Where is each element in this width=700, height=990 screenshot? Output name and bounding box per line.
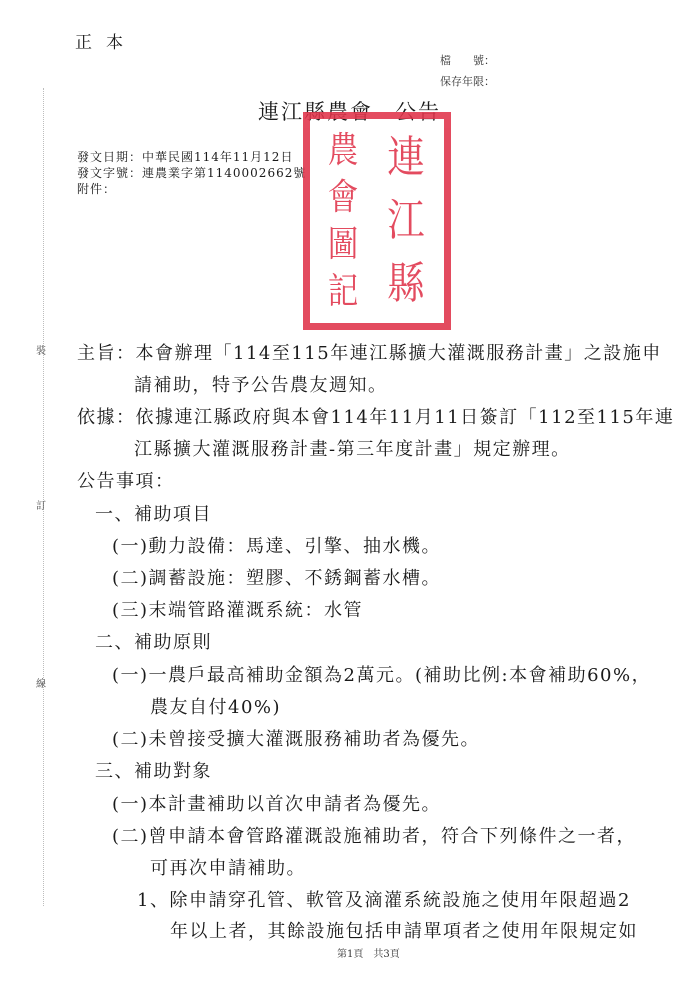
seal-char: 記: [328, 274, 359, 310]
section-2-item: (一)一農戶最高補助金額為2萬元。(補助比例:本會補助60%，: [112, 667, 651, 685]
section-2-title: 二、補助原則: [95, 634, 212, 652]
section-2-item: (二)未曾接受擴大灌溉服務補助者為優先。: [112, 731, 480, 749]
section-3-item: (二)曾申請本會管路灌溉設施補助者，符合下列條件之一者，: [112, 828, 636, 846]
section-1-item: (二)調蓄設施：塑膠、不銹鋼蓄水槽。: [112, 570, 441, 588]
section-3-item: (一)本計畫補助以首次申請者為優先。: [112, 796, 441, 814]
basis-line: 依據：依據連江縣政府與本會114年11月11日簽訂「112至115年連: [77, 409, 674, 427]
copy-type-label: 正本: [75, 28, 137, 53]
section-1-item: (三)末端管路灌溉系統：水管: [112, 602, 363, 620]
seal-char: 江: [388, 199, 425, 243]
seal-char: 會: [328, 180, 359, 216]
seal-char: 農: [328, 133, 359, 169]
seal-column-left: 農 會 圖 記: [325, 127, 361, 315]
section-1-item: (一)動力設備：馬達、引擎、抽水機。: [112, 538, 441, 556]
subject-line: 主旨：本會辦理「114至115年連江縣擴大灌溉服務計畫」之設施申: [77, 345, 662, 363]
margin-mark-bind: 裝: [36, 342, 46, 357]
section-1-title: 一、補助項目: [95, 506, 212, 524]
section-3-item-continued: 可再次申請補助。: [150, 860, 306, 878]
document-number: 發文字號：連農業字第1140002662號: [77, 164, 306, 181]
seal-column-right: 連 江 縣: [384, 127, 428, 315]
subject-line-continued: 請補助，特予公告農友週知。: [134, 377, 388, 395]
retention-period-label: 保存年限：: [440, 73, 495, 89]
seal-char: 縣: [388, 262, 425, 306]
notice-items-heading: 公告事項：: [77, 473, 175, 491]
issue-date: 發文日期：中華民國114年11月12日: [77, 148, 293, 165]
section-3-subitem: 1、除申請穿孔管、軟管及滴灌系統設施之使用年限超過2: [137, 892, 631, 910]
margin-mark-staple: 訂: [36, 497, 46, 512]
basis-line-continued: 江縣擴大灌溉服務計畫-第三年度計畫」規定辦理。: [134, 441, 571, 459]
section-3-subitem-continued: 年以上者，其餘設施包括申請單項者之使用年限規定如: [170, 923, 638, 941]
official-seal-stamp: 連 江 縣 農 會 圖 記: [303, 112, 451, 330]
seal-char: 連: [388, 136, 425, 180]
page-number: 第1頁 共3頁: [337, 945, 400, 960]
margin-mark-line: 線: [36, 675, 46, 690]
section-3-title: 三、補助對象: [95, 763, 212, 781]
file-number-label: 檔 號：: [440, 52, 495, 68]
section-2-item-continued: 農友自付40%): [150, 699, 281, 717]
attachment-label: 附件：: [77, 180, 116, 197]
seal-char: 圖: [328, 227, 359, 263]
